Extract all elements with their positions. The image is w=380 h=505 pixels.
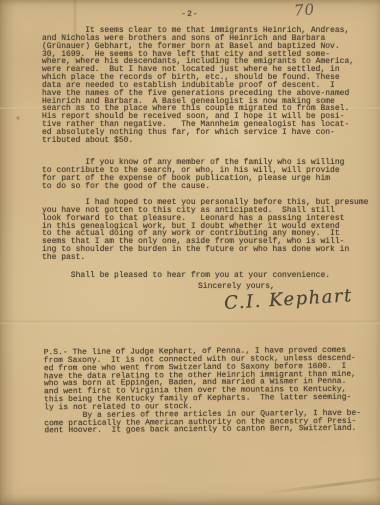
paragraph-personal-meeting: I had hoped to meet you personally befor…: [42, 199, 368, 262]
paragraph-convenience: Shall be pleased to hear from you at you…: [42, 272, 330, 280]
postscript: P.S.- The line of Judge Kephart, of Penn…: [44, 347, 362, 436]
letter-page: 70 -2- It seems clear to me that immigra…: [0, 0, 380, 505]
diagonal-corner-crease: [262, 476, 380, 495]
page-number: -2-: [0, 11, 380, 19]
paragraph-contribution-request: If you know of any member of the family …: [42, 159, 344, 190]
paragraph-genealogy-research: It seems clear to me that immigrants Hei…: [42, 27, 354, 145]
horizontal-fold-crease-lower: [0, 320, 380, 324]
